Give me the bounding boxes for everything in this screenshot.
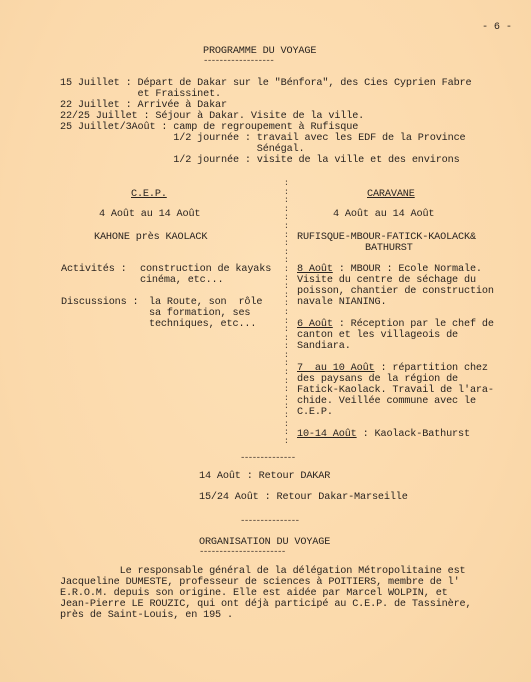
caravane-route: BATHURST	[365, 243, 413, 254]
cep-title: C.E.P.	[131, 189, 167, 200]
entry-line: canton et les villageois de	[297, 330, 458, 341]
cep-activity: construction de kayaks	[140, 264, 271, 275]
cep-discussion: sa formation, ses	[149, 308, 250, 319]
entry-line: navale NIANING.	[297, 297, 386, 308]
entry-date: 8 Août	[297, 264, 333, 275]
paragraph-line: Jacqueline DUMESTE, professeur de scienc…	[60, 577, 460, 588]
caravane-entry: 6 Août : Réception par le chef de	[297, 319, 494, 330]
paragraph-line: près de Saint-Louis, en 195 .	[60, 610, 233, 621]
entry-text: : MBOUR : Ecole Normale.	[333, 264, 482, 275]
entry-line: Visite du centre de séchage du	[297, 275, 476, 286]
cep-discussion: techniques, etc...	[149, 319, 256, 330]
cep-place: KAHONE près KAOLACK	[94, 232, 207, 243]
document-page: - 6 - PROGRAMME DU VOYAGE --------------…	[0, 0, 531, 682]
programme-line: 1/2 journée : visite de la ville et des …	[60, 155, 460, 166]
programme-line: 22/25 Juillet : Séjour à Dakar. Visite d…	[60, 111, 364, 122]
entry-line: poisson, chantier de construction	[297, 286, 494, 297]
programme-line: 1/2 journée : travail avec les EDF de la…	[60, 133, 466, 144]
returns-rule-top: --------------	[240, 455, 295, 461]
cep-discussion: la Route, son rôle	[149, 297, 262, 308]
caravane-route: RUFISQUE-MBOUR-FATICK-KAOLACK&	[297, 232, 476, 243]
organisation-title-underline: ----------------------	[199, 549, 285, 555]
cep-activity: cinéma, etc...	[140, 275, 224, 286]
paragraph-line: Jean-Pierre LE ROUZIC, qui ont déjà part…	[60, 599, 471, 610]
return-line: 15/24 Août : Retour Dakar-Marseille	[199, 492, 408, 503]
programme-line: 25 Juillet/3Août : camp de regroupement …	[60, 122, 358, 133]
programme-line: 22 Juillet : Arrivée à Dakar	[60, 100, 227, 111]
entry-line: C.E.P.	[297, 407, 333, 418]
return-line: 14 Août : Retour DAKAR	[199, 471, 330, 482]
programme-title-underline: ------------------	[203, 58, 273, 64]
entry-date: 7 au 10 Août	[297, 363, 375, 374]
returns-rule-bottom: ---------------	[240, 518, 299, 524]
caravane-entry: 8 Août : MBOUR : Ecole Normale.	[297, 264, 482, 275]
entry-text: : Réception par le chef de	[333, 319, 494, 330]
entry-line: des paysans de la région de	[297, 374, 458, 385]
entry-line: Fatick-Kaolack. Travail de l'ara-	[297, 385, 494, 396]
paragraph-line: Le responsable général de la délégation …	[60, 566, 466, 577]
caravane-title: CARAVANE	[367, 189, 415, 200]
entry-text: : Kaolack-Bathurst	[357, 429, 470, 440]
caravane-entry: 7 au 10 Août : répartition chez	[297, 363, 488, 374]
entry-date: 10-14 Août	[297, 429, 357, 440]
entry-date: 6 Août	[297, 319, 333, 330]
cep-activities-label: Activités :	[61, 264, 127, 275]
caravane-dates: 4 Août au 14 Août	[333, 209, 434, 220]
entry-line: chide. Veillée commune avec le	[297, 396, 476, 407]
programme-line: et Fraissinet.	[60, 89, 221, 100]
caravane-entry: 10-14 Août : Kaolack-Bathurst	[297, 429, 470, 440]
cep-discussions-label: Discussions :	[61, 297, 139, 308]
cep-dates: 4 Août au 14 Août	[99, 209, 200, 220]
programme-line: 15 Juillet : Départ de Dakar sur le "Bén…	[60, 78, 471, 89]
entry-text: : répartition chez	[375, 363, 488, 374]
programme-line: Sénégal.	[60, 144, 305, 155]
entry-line: Sandiara.	[297, 341, 351, 352]
paragraph-line: E.R.O.M. depuis son origine. Elle est ai…	[60, 588, 448, 599]
page-number: - 6 -	[482, 22, 512, 33]
column-separator: : : : : : : : : : : : : : : : : : : : : …	[284, 180, 292, 446]
